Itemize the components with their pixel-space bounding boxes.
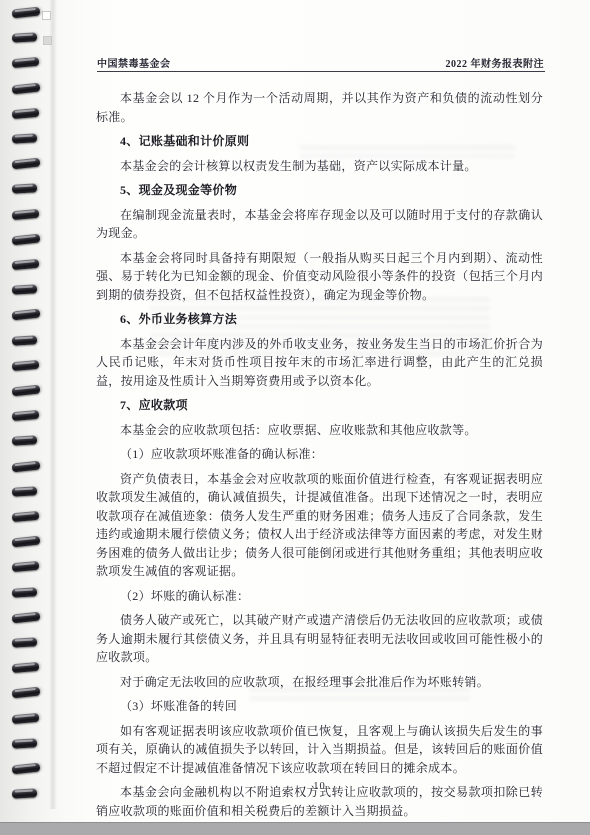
scanned-page: 中国禁毒基金会 2022 年财务报表附注 本基金会以 12 个月作为一个活动周期… [0,0,590,822]
spiral-ring [12,561,40,572]
punch-hole [43,36,52,45]
spiral-ring [12,410,40,421]
spiral-binding [12,8,62,808]
spiral-ring [12,158,41,170]
spiral-ring [12,285,37,295]
document-paragraph: 在编制现金流量表时，本基金会将库存现金以及可以随时用于支付的存款确认为现金。 [96,206,543,243]
header-divider [97,71,545,72]
spiral-ring [12,7,41,19]
spiral-ring [12,763,41,775]
spiral-ring [12,360,40,371]
org-name: 中国禁毒基金会 [97,55,171,70]
spiral-ring [12,738,37,748]
spiral-ring [12,82,41,94]
spiral-ring [12,233,41,245]
section-heading: 6、外币业务核算方法 [96,310,543,329]
spiral-ring [12,335,37,345]
spiral-ring [12,57,40,68]
spiral-ring [12,309,41,321]
spiral-ring [12,460,41,472]
document-paragraph: （3）坏账准备的转回 [96,697,543,716]
section-heading: 5、现金及现金等价物 [96,181,543,200]
scanner-background [0,822,590,835]
document-paragraph: 资产负债表日，本基金会对应收款项的账面价值进行检查，有客观证据表明应收款项发生减… [96,470,543,581]
spiral-ring [12,687,41,699]
spiral-ring [12,536,41,548]
report-title: 2022 年财务报表附注 [446,55,545,70]
document-paragraph: 本基金会的会计核算以权责发生制为基础，资产以实际成本计量。 [96,157,543,176]
spiral-ring [12,662,40,673]
page-header: 中国禁毒基金会 2022 年财务报表附注 [97,54,544,70]
spiral-ring [12,385,41,397]
document-paragraph: 本基金会的应收款项包括：应收票据、应收账款和其他应收款等。 [96,421,543,440]
spiral-ring [12,259,40,270]
document-paragraph: 本基金会会计年度内涉及的外币收支业务，按业务发生当日的市场汇价折合为人民币记账，… [96,335,543,391]
document-paragraph: 如有客观证据表明该应收款项价值已恢复，且客观上与确认该损失后发生的事项有关，原确… [96,722,543,778]
section-heading: 7、应收款项 [96,396,543,415]
spiral-ring [12,486,37,496]
spiral-ring [12,637,37,647]
spiral-ring [12,208,40,219]
spiral-ring [12,133,37,143]
spiral-ring [12,611,41,623]
punch-hole [42,11,51,20]
document-paragraph: （1）应收款项坏账准备的确认标准： [96,445,543,464]
spiral-ring [12,184,37,194]
document-paragraph: 本基金会将同时具备持有期限短（一般指从购买日起三个月内到期）、流动性强、易于转化… [96,249,543,305]
spiral-ring [12,511,40,522]
document-body: 本基金会以 12 个月作为一个活动周期，并以其作为资产和负债的流动性划分标准。4… [96,89,543,826]
spiral-ring [12,587,37,597]
document-paragraph: 本基金会以 12 个月作为一个活动周期，并以其作为资产和负债的流动性划分标准。 [96,89,543,126]
document-paragraph: （2）坏账的确认标准： [96,587,543,606]
section-heading: 4、记账基础和计价原则 [96,132,543,151]
spiral-ring [12,436,37,446]
spiral-ring [12,33,37,43]
page-number: 10 [96,781,543,792]
spiral-ring [12,789,37,799]
spiral-ring [12,712,40,723]
spiral-ring [12,108,40,119]
document-paragraph: 债务人破产或死亡，以其破产财产或遗产清偿后仍无法收回的应收款项；或债务人逾期未履… [96,611,543,667]
document-paragraph: 对于确定无法收回的应收款项，在报经理事会批准后作为坏账转销。 [96,673,543,692]
